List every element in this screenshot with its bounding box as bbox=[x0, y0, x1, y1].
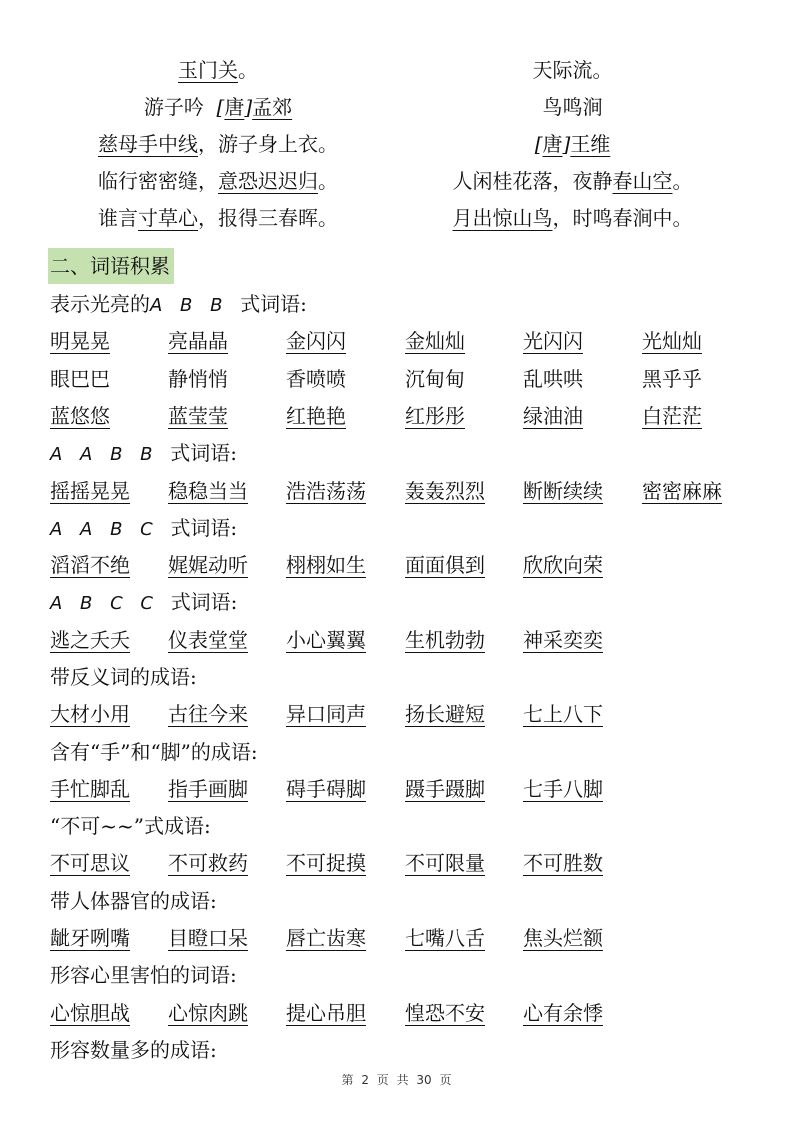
vocab-word: 不可救药 bbox=[168, 850, 248, 876]
vocab-word: 乱哄哄 bbox=[523, 366, 583, 392]
group-label: 表示光亮的A B B 式词语: bbox=[50, 291, 307, 319]
vocab-word: 扬长避短 bbox=[405, 701, 485, 727]
poem-title: 游子吟 bbox=[144, 95, 204, 119]
poem-author: 王维 bbox=[570, 132, 610, 156]
vocab-word: 红彤彤 bbox=[405, 403, 465, 429]
group-label: A A B B 式词语: bbox=[50, 440, 237, 468]
vocab-word: 七上八下 bbox=[523, 701, 603, 727]
vocab-word: 亮晶晶 bbox=[168, 328, 228, 354]
group-label: 带人体器官的成语: bbox=[50, 888, 217, 916]
vocab-word: 目瞪口呆 bbox=[168, 925, 248, 951]
vocab-word: 碍手碍脚 bbox=[286, 776, 366, 802]
vocab-word: 香喷喷 bbox=[286, 366, 346, 392]
vocab-word: 金闪闪 bbox=[286, 328, 346, 354]
vocab-word: 七嘴八舌 bbox=[405, 925, 485, 951]
vocab-word: 不可思议 bbox=[50, 850, 130, 876]
vocab-word: 手忙脚乱 bbox=[50, 776, 130, 802]
poem-left-line-1: 慈母手中线，游子身上衣。 bbox=[48, 131, 388, 157]
poem-left-line-2: 临行密密缝，意恐迟迟归。 bbox=[48, 168, 388, 194]
group-label: A A B C 式词语: bbox=[50, 515, 237, 543]
vocab-word: 神采奕奕 bbox=[523, 627, 603, 653]
vocab-word: 沉甸甸 bbox=[405, 366, 465, 392]
vocab-word: 惶恐不安 bbox=[405, 1000, 485, 1026]
vocab-word: 蹑手蹑脚 bbox=[405, 776, 485, 802]
vocab-word: 仪表堂堂 bbox=[168, 627, 248, 653]
vocab-word: 明晃晃 bbox=[50, 328, 110, 354]
page-footer: 第 2 页 共 30 页 bbox=[0, 1071, 793, 1088]
vocab-word: 心惊肉跳 bbox=[168, 1000, 248, 1026]
vocab-word: 摇摇晃晃 bbox=[50, 478, 130, 504]
group-label: 含有“手”和“脚”的成语: bbox=[50, 739, 258, 767]
poem-dynasty: 唐 bbox=[224, 95, 244, 119]
vocab-word: 小心翼翼 bbox=[286, 627, 366, 653]
poem-author: 孟郊 bbox=[252, 95, 292, 119]
vocab-word: 娓娓动听 bbox=[168, 552, 248, 578]
group-label: 形容数量多的成语: bbox=[50, 1037, 217, 1065]
vocab-word: 不可胜数 bbox=[523, 850, 603, 876]
vocab-word: 蓝莹莹 bbox=[168, 403, 228, 429]
vocab-word: 不可限量 bbox=[405, 850, 485, 876]
vocab-word: 密密麻麻 bbox=[642, 478, 722, 504]
vocab-word: 面面俱到 bbox=[405, 552, 485, 578]
vocab-word: 轰轰烈烈 bbox=[405, 478, 485, 504]
vocab-word: 绿油油 bbox=[523, 403, 583, 429]
vocab-word: 栩栩如生 bbox=[286, 552, 366, 578]
vocab-word: 欣欣向荣 bbox=[523, 552, 603, 578]
underlined-phrase: 玉门关 bbox=[178, 58, 238, 82]
poem-right-line-2: 月出惊山鸟，时鸣春涧中。 bbox=[400, 205, 745, 231]
vocab-word: 静悄悄 bbox=[168, 366, 228, 392]
poem-right-line-1: 人闲桂花落，夜静春山空。 bbox=[400, 168, 745, 194]
poem-right-tail-line: 天际流。 bbox=[400, 57, 745, 83]
vocab-word: 浩浩荡荡 bbox=[286, 478, 366, 504]
vocab-word: 光灿灿 bbox=[642, 328, 702, 354]
vocab-word: 不可捉摸 bbox=[286, 850, 366, 876]
vocab-word: 光闪闪 bbox=[523, 328, 583, 354]
group-label: A B C C 式词语: bbox=[50, 589, 237, 617]
vocab-word: 心有余悸 bbox=[523, 1000, 603, 1026]
vocab-word: 指手画脚 bbox=[168, 776, 248, 802]
vocab-word: 金灿灿 bbox=[405, 328, 465, 354]
vocab-word: 心惊胆战 bbox=[50, 1000, 130, 1026]
poem-right-title: 鸟鸣涧 bbox=[400, 94, 745, 120]
vocab-word: 唇亡齿寒 bbox=[286, 925, 366, 951]
vocab-word: 滔滔不绝 bbox=[50, 552, 130, 578]
vocab-word: 提心吊胆 bbox=[286, 1000, 366, 1026]
poem-dynasty: 唐 bbox=[543, 132, 563, 156]
vocab-word: 眼巴巴 bbox=[50, 366, 110, 392]
vocab-word: 古往今来 bbox=[168, 701, 248, 727]
vocab-word: 焦头烂额 bbox=[523, 925, 603, 951]
group-label: 带反义词的成语: bbox=[50, 664, 197, 692]
vocab-word: 七手八脚 bbox=[523, 776, 603, 802]
vocab-word: 断断续续 bbox=[523, 478, 603, 504]
vocab-word: 大材小用 bbox=[50, 701, 130, 727]
vocab-word: 生机勃勃 bbox=[405, 627, 485, 653]
poem-left-line-3: 谁言寸草心，报得三春晖。 bbox=[48, 205, 388, 231]
poem-right-byline: [唐]王维 bbox=[400, 131, 745, 157]
section-heading: 二、词语积累 bbox=[48, 248, 174, 284]
vocab-word: 白茫茫 bbox=[642, 403, 702, 429]
group-label: “不可~~”式成语: bbox=[50, 813, 211, 841]
vocab-word: 红艳艳 bbox=[286, 403, 346, 429]
vocab-word: 稳稳当当 bbox=[168, 478, 248, 504]
group-label: 形容心里害怕的词语: bbox=[50, 962, 237, 990]
poem-left-tail-line: 玉门关。 bbox=[48, 57, 388, 83]
vocab-word: 龇牙咧嘴 bbox=[50, 925, 130, 951]
poem-left-title: 游子吟 [唐]孟郊 bbox=[48, 94, 388, 120]
vocab-word: 异口同声 bbox=[286, 701, 366, 727]
vocab-word: 逃之夭夭 bbox=[50, 627, 130, 653]
vocab-word: 黑乎乎 bbox=[642, 366, 702, 392]
vocab-word: 蓝悠悠 bbox=[50, 403, 110, 429]
